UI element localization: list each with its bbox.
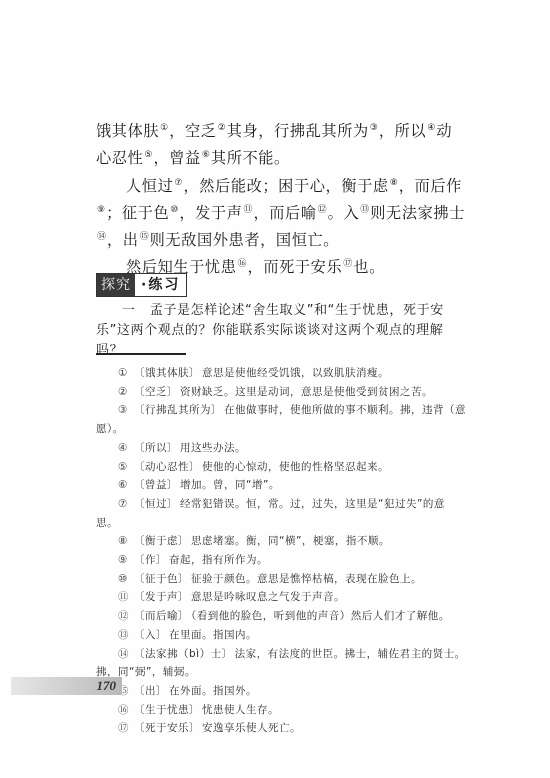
text-segment: ，出 xyxy=(107,231,139,249)
footnote-number: ② xyxy=(118,383,134,402)
footnote-number: ⑭ xyxy=(118,645,134,664)
footnote-ref[interactable]: ⑬ xyxy=(360,205,369,215)
exercise-paragraph: 一 孟子是怎样论述“舍生取义”和“生于忧患，死于安乐”这两个观点的？你能联系实际… xyxy=(96,301,466,361)
page-number: 170 xyxy=(97,677,117,695)
footnote-item: ⑮〔出〕在外面。指国外。 xyxy=(96,682,466,701)
text-segment: 其身，行拂乱其所为 xyxy=(227,122,369,140)
text-segment: ，而死于安乐 xyxy=(248,258,343,276)
footnote-text: 在外面。指国外。 xyxy=(169,685,257,697)
footnote-item: ④〔所以〕用这些办法。 xyxy=(96,439,466,458)
footnote-ref[interactable]: ⑨ xyxy=(97,205,105,215)
text-segment: 其所不能。 xyxy=(211,149,290,167)
footnote-term: 〔曾益〕 xyxy=(134,479,178,491)
footnote-item: ⑨〔作〕奋起，指有所作为。 xyxy=(96,551,466,570)
text-segment: ，而后喻 xyxy=(253,204,316,222)
footnote-text: 增加。曾，同“增”。 xyxy=(180,479,280,491)
footnote-item: ⑰〔死于安乐〕安逸享乐使人死亡。 xyxy=(96,719,466,738)
footnote-item: ⑫〔而后喻〕（看到他的脸色，听到他的声音）然后人们才了解他。 xyxy=(96,607,466,626)
footnote-text: 用这些办法。 xyxy=(180,442,246,454)
footnote-number: ⑥ xyxy=(118,476,134,495)
footnote-term: 〔出〕 xyxy=(134,685,167,697)
footnote-text: 奋起，指有所作为。 xyxy=(169,554,268,566)
footnote-number: ③ xyxy=(118,401,134,420)
text-segment: 。入 xyxy=(328,204,360,222)
footnote-term: 〔入〕 xyxy=(134,629,167,641)
footnotes-list: ①〔饿其体肤〕意思是使他经受饥饿，以致肌肤消瘦。 ②〔空乏〕资财缺乏。这里是动词… xyxy=(96,364,466,738)
footnote-item: ⑯〔生于忧患〕忧患使人生存。 xyxy=(96,701,466,720)
footnote-ref[interactable]: ② xyxy=(218,123,226,133)
footnote-term: 〔恒过〕 xyxy=(134,498,178,510)
footnote-text: 思虑堵塞。衡，同“横”，梗塞，指不顺。 xyxy=(191,535,390,547)
footnote-ref[interactable]: ⑩ xyxy=(170,205,178,215)
footnote-number: ⑫ xyxy=(118,607,134,626)
text-segment: ，曾益 xyxy=(153,149,200,167)
footnote-text: 征验于颜色。意思是憔悴枯槁，表现在脸色上。 xyxy=(191,573,422,585)
page-number-bar: 170 xyxy=(11,677,122,695)
footnote-item: ⑪〔发于声〕意思是吟咏叹息之气发于声音。 xyxy=(96,588,466,607)
text-segment: ，所以 xyxy=(379,122,426,140)
footnote-term: 〔征于色〕 xyxy=(134,573,189,585)
footnote-term: 〔行拂乱其所为〕 xyxy=(134,404,222,416)
classical-text-body: 饿其体肤①，空乏②其身，行拂乱其所为③，所以④动心忍性⑤，曾益⑥其所不能。 人恒… xyxy=(96,116,466,280)
footnote-number: ⑯ xyxy=(118,701,134,720)
footnote-ref[interactable]: ⑤ xyxy=(144,150,152,160)
footnote-text: 意思是吟咏叹息之气发于声音。 xyxy=(191,591,345,603)
text-segment: 则无法家拂士 xyxy=(370,204,465,222)
footnote-number: ⑰ xyxy=(118,719,134,738)
text-segment: 也。 xyxy=(353,258,385,276)
footnote-term: 〔而后喻〕 xyxy=(134,610,189,622)
footnote-text: 安逸享乐使人死亡。 xyxy=(202,722,301,734)
footnote-number: ⑩ xyxy=(118,570,134,589)
footnote-number: ① xyxy=(118,364,134,383)
text-segment: ，发于声 xyxy=(179,204,242,222)
footnote-item: ③〔行拂乱其所为〕在他做事时，使他所做的事不顺利。拂，违背（意愿）。 xyxy=(96,401,466,438)
footnote-term: 〔空乏〕 xyxy=(134,386,178,398)
footnote-number: ⑧ xyxy=(118,532,134,551)
footnote-number: ④ xyxy=(118,439,134,458)
footnote-term: 〔饿其体肤〕 xyxy=(134,367,200,379)
text-segment: ；征于色 xyxy=(106,204,169,222)
text-segment: 则无敌国外患者，国恒亡。 xyxy=(150,231,339,249)
footnote-number: ⑬ xyxy=(118,626,134,645)
text-segment: 人恒过 xyxy=(126,177,173,195)
footnote-item: ⑬〔入〕在里面。指国内。 xyxy=(96,626,466,645)
footnote-item: ①〔饿其体肤〕意思是使他经受饥饿，以致肌肤消瘦。 xyxy=(96,364,466,383)
exercise-text: 孟子是怎样论述“舍生取义”和“生于忧患，死于安乐”这两个观点的？你能联系实际谈谈… xyxy=(96,303,444,358)
exercise-question: 一 孟子是怎样论述“舍生取义”和“生于忧患，死于安乐”这两个观点的？你能联系实际… xyxy=(96,301,466,361)
footnote-item: ⑤〔动心忍性〕使他的心惊动，使他的性格坚忍起来。 xyxy=(96,458,466,477)
footnote-item: ⑦〔恒过〕经常犯错误。恒，常。过，过失，这里是“犯过失”的意思。 xyxy=(96,495,466,532)
footnote-term: 〔衡于虑〕 xyxy=(134,535,189,547)
footnote-item: ⑧〔衡于虑〕思虑堵塞。衡，同“横”，梗塞，指不顺。 xyxy=(96,532,466,551)
text-segment: ，空乏 xyxy=(169,122,216,140)
footnote-text: 忧患使人生存。 xyxy=(202,704,279,716)
footnote-ref[interactable]: ⑯ xyxy=(238,259,247,269)
footnote-term: 〔所以〕 xyxy=(134,442,178,454)
footnote-ref[interactable]: ⑪ xyxy=(243,205,252,215)
footnote-text: 意思是使他经受饥饿，以致肌肤消瘦。 xyxy=(202,367,389,379)
footnote-text: 资财缺乏。这里是动词，意思是使他受到贫困之苦。 xyxy=(180,386,433,398)
footnote-ref[interactable]: ⑧ xyxy=(390,178,398,188)
footnote-text: 在里面。指国内。 xyxy=(169,629,257,641)
footnote-number: ⑪ xyxy=(118,588,134,607)
footnote-number: ⑨ xyxy=(118,551,134,570)
footnote-number: ⑤ xyxy=(118,458,134,477)
footnote-ref[interactable]: ⑰ xyxy=(343,259,352,269)
footnote-term: 〔死于安乐〕 xyxy=(134,722,200,734)
footnote-item: ②〔空乏〕资财缺乏。这里是动词，意思是使他受到贫困之苦。 xyxy=(96,383,466,402)
text-segment: 饿其体肤 xyxy=(96,122,159,140)
section-header-light-label: ·练习 xyxy=(135,274,186,296)
footnote-item: ⑥〔曾益〕增加。曾，同“增”。 xyxy=(96,476,466,495)
footnote-ref[interactable]: ⑫ xyxy=(318,205,327,215)
footnote-divider xyxy=(96,353,186,355)
footnote-term: 〔动心忍性〕 xyxy=(134,461,200,473)
footnote-term: 〔作〕 xyxy=(134,554,167,566)
footnote-term: 〔生于忧患〕 xyxy=(134,704,200,716)
text-segment: ，而后作 xyxy=(399,177,462,195)
textbook-page: 饿其体肤①，空乏②其身，行拂乱其所为③，所以④动心忍性⑤，曾益⑥其所不能。 人恒… xyxy=(0,0,550,778)
paragraph-1: 饿其体肤①，空乏②其身，行拂乱其所为③，所以④动心忍性⑤，曾益⑥其所不能。 xyxy=(96,116,466,171)
footnote-ref[interactable]: ⑭ xyxy=(97,232,106,242)
exercise-number: 一 xyxy=(122,303,136,318)
footnote-number: ⑦ xyxy=(118,495,134,514)
section-header-explore-practice: 探究 ·练习 xyxy=(96,273,187,297)
footnote-ref[interactable]: ⑥ xyxy=(202,150,210,160)
footnote-ref[interactable]: ⑦ xyxy=(174,178,182,188)
text-segment: ，然后能改；困于心，衡于虑 xyxy=(183,177,388,195)
footnote-item: ⑭〔法家拂（bì）士〕法家，有法度的世臣。拂士，辅佐君主的贤士。拂，同“弼”，辅… xyxy=(96,645,466,682)
footnote-text: 使他的心惊动，使他的性格坚忍起来。 xyxy=(202,461,389,473)
footnote-ref[interactable]: ③ xyxy=(370,123,378,133)
footnote-term: 〔发于声〕 xyxy=(134,591,189,603)
paragraph-2: 人恒过⑦，然后能改；困于心，衡于虑⑧，而后作⑨；征于色⑩，发于声⑪，而后喻⑫。入… xyxy=(96,171,466,253)
footnote-ref[interactable]: ④ xyxy=(427,123,435,133)
footnote-item: ⑩〔征于色〕征验于颜色。意思是憔悴枯槁，表现在脸色上。 xyxy=(96,570,466,589)
footnote-ref[interactable]: ⑮ xyxy=(140,232,149,242)
section-header-dark-label: 探究 xyxy=(97,274,135,296)
footnote-text: （看到他的脸色，听到他的声音）然后人们才了解他。 xyxy=(191,610,450,622)
footnote-ref[interactable]: ① xyxy=(160,123,168,133)
footnote-term: 〔法家拂（bì）士〕 xyxy=(134,648,233,660)
